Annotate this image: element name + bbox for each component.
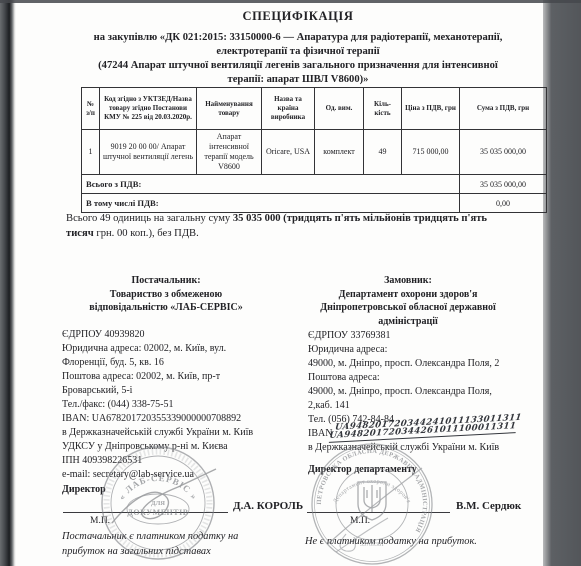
supplier-name-line2: відповідальністю «ЛАБ-СЕРВІС»: [62, 301, 270, 315]
vat-row: В тому числі ПДВ: 0,00: [82, 194, 547, 213]
total-in-words: Всього 49 одиниць на загальну суму 35 03…: [66, 211, 548, 241]
summary-line1-bold: 35 035 000 (тридцять п'ять мільйонів три…: [233, 213, 487, 224]
cell-price: 715 000,00: [402, 130, 460, 175]
cell-sum: 35 035 000,00: [460, 130, 547, 175]
col-header-manufacturer: Назва та країна виробника: [262, 88, 315, 130]
supplier-iban: IBAN: UA678201720355339000000708892: [62, 412, 308, 426]
supplier-edrpou: ЄДРПОУ 40939820: [62, 328, 308, 342]
supplier-legal-address-2: Флоренції, буд. 5, кв. 16: [62, 356, 308, 370]
table-header-row: № з/п Код згідно з УКТЗЕД/Назва товару з…: [82, 88, 547, 130]
supplier-postal-address-2: Броварський, 5-і: [62, 384, 308, 398]
customer-edrpou: ЄДРПОУ 33769381: [308, 329, 558, 343]
specification-table: № з/п Код згідно з УКТЗЕД/Назва товару з…: [81, 87, 547, 213]
customer-stamp-code: 33769381: [360, 542, 384, 548]
document-header: СПЕЦИФІКАЦІЯ на закупівлю «ДК 021:2015: …: [52, 9, 544, 87]
total-value: 35 035 000,00: [460, 175, 547, 194]
cell-number: 1: [82, 130, 100, 175]
cell-quantity: 49: [364, 130, 402, 175]
col-header-uktzed-code: Код згідно з УКТЗЕД/Назва товару згідно …: [100, 88, 197, 130]
cell-manufacturer: Oricare, USA: [262, 130, 315, 175]
vat-label: В тому числі ПДВ:: [82, 194, 460, 213]
customer-legal-address: 49000, м. Дніпро, просп. Олександра Поля…: [308, 357, 558, 371]
customer-stamp: ДНІПРОПЕТРОВСЬКА ОБЛАСНА ДЕРЖАВНА АДМІНІ…: [306, 438, 438, 566]
document-title: СПЕЦИФІКАЦІЯ: [52, 9, 544, 24]
procurement-subtitle-line4: терапії: апарат ШВЛ V8600)»: [52, 73, 544, 87]
svg-text:ДНІПРОПЕТРОВСЬКА ОБЛАСНА ДЕРЖА: ДНІПРОПЕТРОВСЬКА ОБЛАСНА ДЕРЖАВНА АДМІНІ…: [306, 438, 428, 534]
supplier-bank-1: в Держказначейській службі України м. Ки…: [62, 426, 308, 440]
summary-line2-bold: тисяч: [66, 228, 94, 239]
supplier-stamp: « ЛАБ-СЕРВІС » ДЛЯ ДОКУМЕНТІВ: [98, 443, 218, 563]
supplier-postal-address-1: Поштова адреса: 02002, м. Київ, пр-т: [62, 370, 308, 384]
customer-name-line2: Дніпропетровської обласної державної: [308, 301, 508, 315]
total-label: Всього з ПДВ:: [82, 175, 460, 194]
total-row: Всього з ПДВ: 35 035 000,00: [82, 175, 547, 194]
customer-name-line1: Департамент охорони здоров'я: [308, 288, 508, 302]
supplier-stamp-center-line2: ДОКУМЕНТІВ: [127, 508, 188, 517]
scanned-specification-document: СПЕЦИФІКАЦІЯ на закупівлю «ДК 021:2015: …: [0, 0, 581, 566]
customer-postal-address-1: 49000, м. Дніпро, просп. Олександра Поля…: [308, 385, 558, 399]
summary-line2-normal: грн. 00 коп.), без ПДВ.: [94, 228, 199, 239]
cell-product-name: Апарат інтенсивної терапії модель V8600: [197, 130, 262, 175]
procurement-subtitle-line3: (47244 Апарат штучної вентиляції легенів…: [52, 59, 544, 73]
cell-uktzed-code: 9019 20 00 00/ Апарат штучної вентиляції…: [100, 130, 197, 175]
supplier-role-label: Постачальник:: [62, 274, 270, 288]
scan-edge-left: [0, 0, 16, 566]
customer-legal-address-label: Юридична адреса:: [308, 343, 558, 357]
supplier-stamp-center-line1: ДЛЯ: [151, 500, 165, 507]
svg-text:« ЛАБ-СЕРВІС »: « ЛАБ-СЕРВІС »: [116, 473, 199, 502]
customer-role-label: Замовник:: [308, 274, 508, 288]
customer-postal-address-label: Поштова адреса:: [308, 371, 558, 385]
summary-line1-normal: Всього 49 одиниць на загальну суму: [66, 213, 233, 224]
procurement-subtitle-line1: на закупівлю «ДК 021:2015: 33150000-6 — …: [52, 31, 544, 45]
col-header-number: № з/п: [82, 88, 100, 130]
scan-edge-top: [0, 0, 581, 3]
customer-stamp-outer-arc: ДНІПРОПЕТРОВСЬКА ОБЛАСНА ДЕРЖАВНА АДМІНІ…: [306, 438, 428, 534]
supplier-stamp-company-arc: « ЛАБ-СЕРВІС »: [116, 473, 199, 502]
cell-unit: комплект: [315, 130, 364, 175]
col-header-product-name: Найменування товару: [197, 88, 262, 130]
supplier-phone: Тел./факс: (044) 338-75-51: [62, 398, 308, 412]
procurement-subtitle-line2: електротерапії та фізичної терапії: [52, 45, 544, 59]
supplier-signer-name: Д.А. КОРОЛЬ: [233, 500, 303, 512]
col-header-quantity: Кіль-кість: [364, 88, 402, 130]
supplier-name-line1: Товариство з обмеженою: [62, 288, 270, 302]
customer-signer-name: В.М. Сердюк: [456, 500, 521, 512]
table-row: 1 9019 20 00 00/ Апарат штучної вентиляц…: [82, 130, 547, 175]
col-header-unit: Од. вим.: [315, 88, 364, 130]
supplier-legal-address-1: Юридична адреса: 02002, м. Київ, вул.: [62, 342, 308, 356]
col-header-price: Ціна з ПДВ, грн: [402, 88, 460, 130]
customer-name-line3: адміністрації: [308, 315, 508, 329]
vat-value: 0,00: [460, 194, 547, 213]
customer-postal-address-2: 2,каб. 141: [308, 399, 558, 413]
col-header-sum: Сума з ПДВ, грн: [460, 88, 547, 130]
